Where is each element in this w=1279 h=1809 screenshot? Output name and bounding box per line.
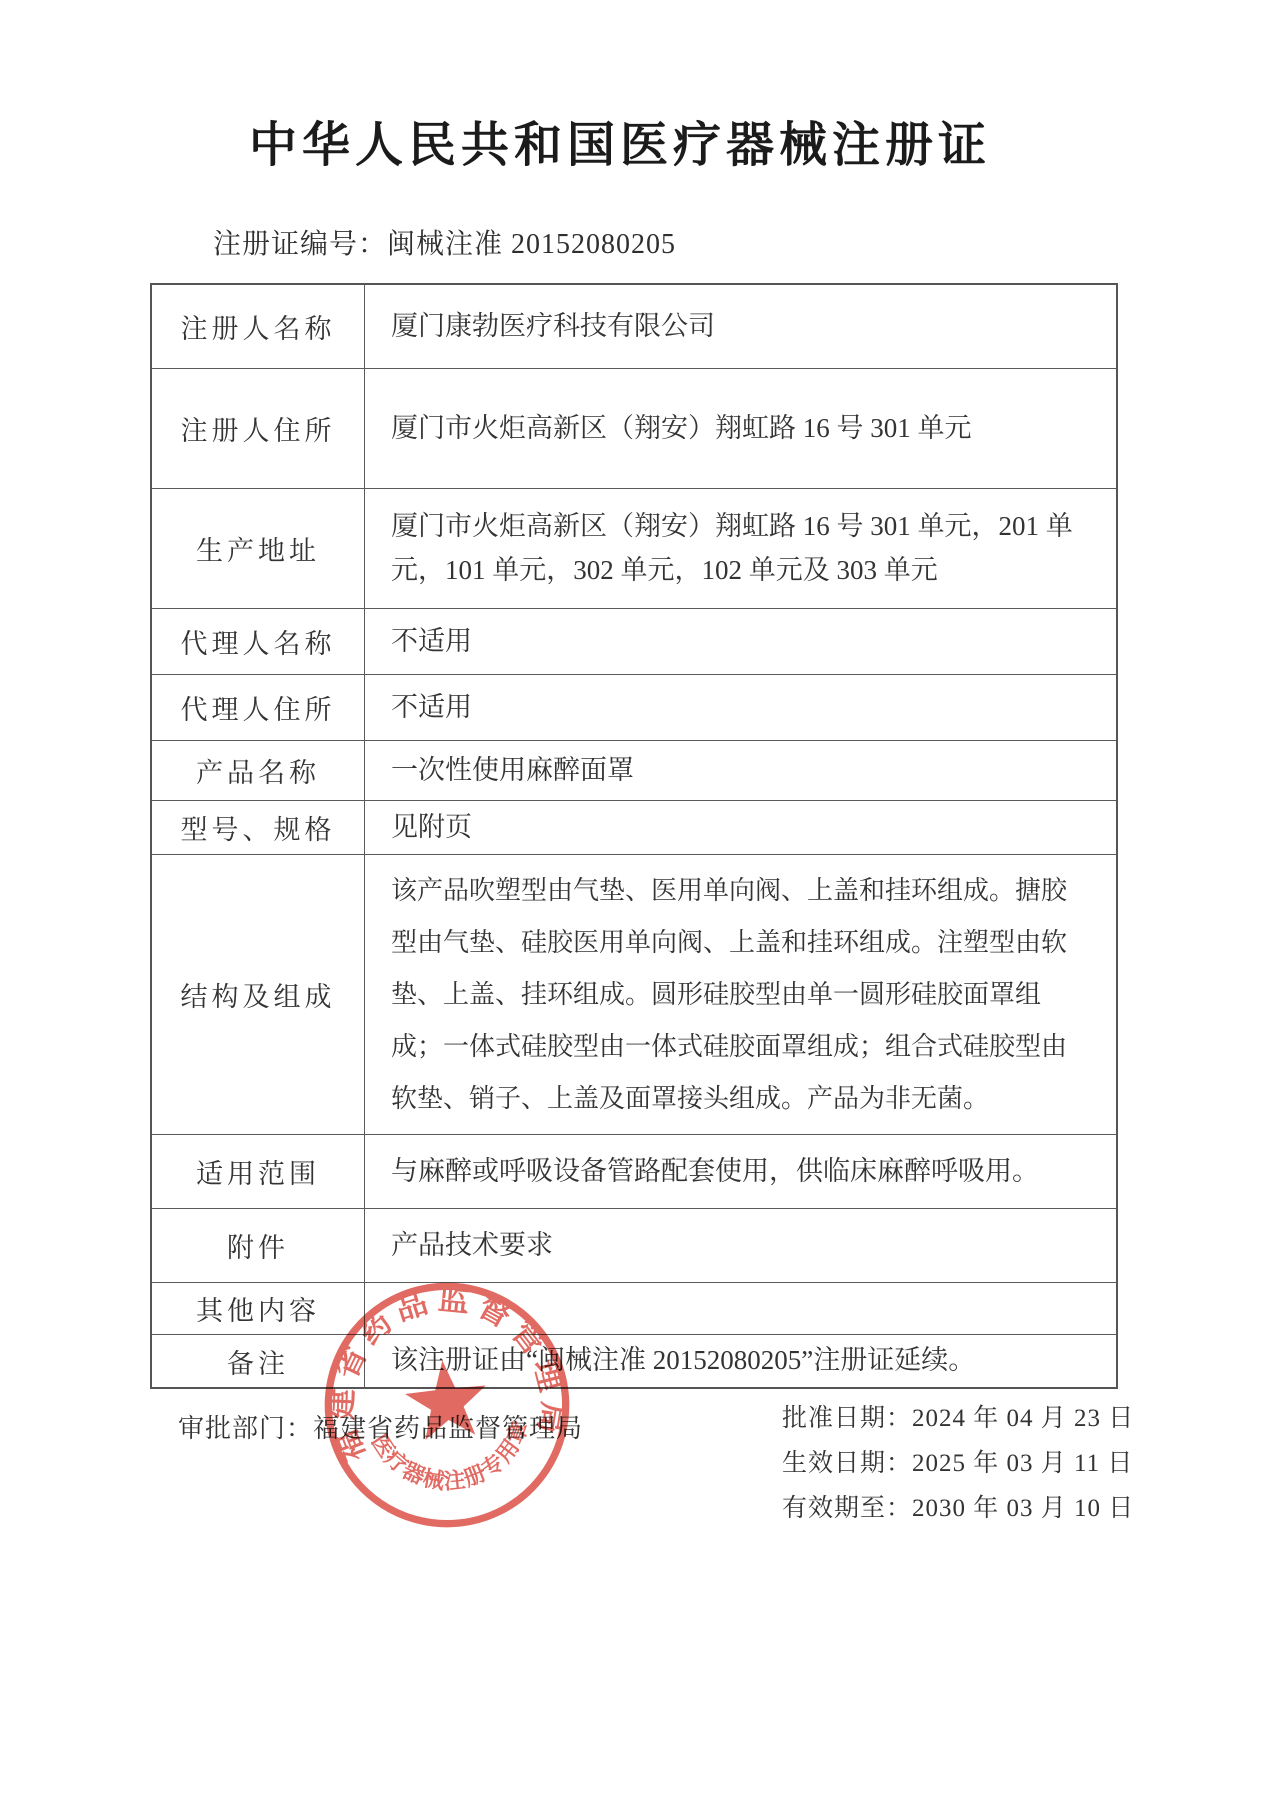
approval-department-value: 福建省药品监督管理局 bbox=[313, 1414, 583, 1443]
table-row: 代理人住所 不适用 bbox=[152, 675, 1116, 741]
expiry-date-line: 有效期至：2030 年 03 月 10 日 bbox=[782, 1486, 1134, 1531]
table-row: 型号、规格 见附页 bbox=[152, 801, 1116, 855]
page-title: 中华人民共和国医疗器械注册证 bbox=[0, 106, 1240, 175]
row-value: 不适用 bbox=[365, 609, 1116, 674]
row-label: 注册人住所 bbox=[152, 369, 365, 488]
approval-date-line: 批准日期：2024 年 04 月 23 日 bbox=[782, 1396, 1134, 1441]
row-label: 代理人住所 bbox=[152, 675, 365, 740]
row-label: 产品名称 bbox=[152, 741, 365, 800]
row-label: 生产地址 bbox=[152, 489, 365, 608]
row-label: 附件 bbox=[152, 1209, 365, 1282]
row-label: 注册人名称 bbox=[152, 285, 365, 368]
row-value: 该产品吹塑型由气垫、医用单向阀、上盖和挂环组成。搪胶型由气垫、硅胶医用单向阀、上… bbox=[365, 855, 1116, 1134]
effective-date-value: 2025 年 03 月 11 日 bbox=[912, 1450, 1133, 1477]
row-label: 备注 bbox=[152, 1335, 365, 1387]
approval-department-label: 审批部门： bbox=[178, 1414, 313, 1443]
approval-date-value: 2024 年 04 月 23 日 bbox=[912, 1405, 1134, 1432]
expiry-date-label: 有效期至： bbox=[782, 1495, 912, 1522]
row-label: 代理人名称 bbox=[152, 609, 365, 674]
registration-number-line: 注册证编号：闽械注准 20152080205 bbox=[213, 222, 676, 262]
row-value: 产品技术要求 bbox=[365, 1209, 1116, 1282]
certificate-page: 中华人民共和国医疗器械注册证 注册证编号：闽械注准 20152080205 注册… bbox=[0, 0, 1279, 1809]
row-label: 结构及组成 bbox=[152, 855, 365, 1134]
row-value: 厦门市火炬高新区（翔安）翔虹路 16 号 301 单元 bbox=[365, 369, 1116, 488]
expiry-date-value: 2030 年 03 月 10 日 bbox=[912, 1495, 1134, 1522]
table-row: 生产地址 厦门市火炬高新区（翔安）翔虹路 16 号 301 单元，201 单元，… bbox=[152, 489, 1116, 609]
certificate-table: 注册人名称 厦门康勃医疗科技有限公司 注册人住所 厦门市火炬高新区（翔安）翔虹路… bbox=[150, 283, 1118, 1389]
table-row: 适用范围 与麻醉或呼吸设备管路配套使用，供临床麻醉呼吸用。 bbox=[152, 1135, 1116, 1209]
row-value: 厦门康勃医疗科技有限公司 bbox=[365, 285, 1116, 368]
effective-date-line: 生效日期：2025 年 03 月 11 日 bbox=[782, 1441, 1134, 1486]
table-row: 结构及组成 该产品吹塑型由气垫、医用单向阀、上盖和挂环组成。搪胶型由气垫、硅胶医… bbox=[152, 855, 1116, 1135]
row-value: 厦门市火炬高新区（翔安）翔虹路 16 号 301 单元，201 单元，101 单… bbox=[365, 489, 1116, 608]
row-value: 不适用 bbox=[365, 675, 1116, 740]
table-row: 其他内容 bbox=[152, 1283, 1116, 1335]
row-label: 适用范围 bbox=[152, 1135, 365, 1208]
row-value: 与麻醉或呼吸设备管路配套使用，供临床麻醉呼吸用。 bbox=[365, 1135, 1116, 1208]
table-row: 附件 产品技术要求 bbox=[152, 1209, 1116, 1283]
effective-date-label: 生效日期： bbox=[782, 1450, 912, 1477]
table-row: 代理人名称 不适用 bbox=[152, 609, 1116, 675]
row-value: 一次性使用麻醉面罩 bbox=[365, 741, 1116, 800]
row-value: 见附页 bbox=[365, 801, 1116, 854]
approval-department-line: 审批部门：福建省药品监督管理局 bbox=[178, 1408, 583, 1445]
row-label: 其他内容 bbox=[152, 1283, 365, 1334]
approval-date-label: 批准日期： bbox=[782, 1405, 912, 1432]
row-label: 型号、规格 bbox=[152, 801, 365, 854]
row-value bbox=[365, 1283, 1116, 1334]
registration-number-value: 闽械注准 20152080205 bbox=[387, 229, 676, 260]
table-row: 注册人住所 厦门市火炬高新区（翔安）翔虹路 16 号 301 单元 bbox=[152, 369, 1116, 489]
table-row: 注册人名称 厦门康勃医疗科技有限公司 bbox=[152, 285, 1116, 369]
table-row: 备注 该注册证由“闽械注准 20152080205”注册证延续。 bbox=[152, 1335, 1116, 1387]
row-value: 该注册证由“闽械注准 20152080205”注册证延续。 bbox=[365, 1335, 1116, 1387]
table-row: 产品名称 一次性使用麻醉面罩 bbox=[152, 741, 1116, 801]
dates-block: 批准日期：2024 年 04 月 23 日 生效日期：2025 年 03 月 1… bbox=[782, 1396, 1134, 1531]
registration-number-label: 注册证编号： bbox=[213, 229, 387, 260]
